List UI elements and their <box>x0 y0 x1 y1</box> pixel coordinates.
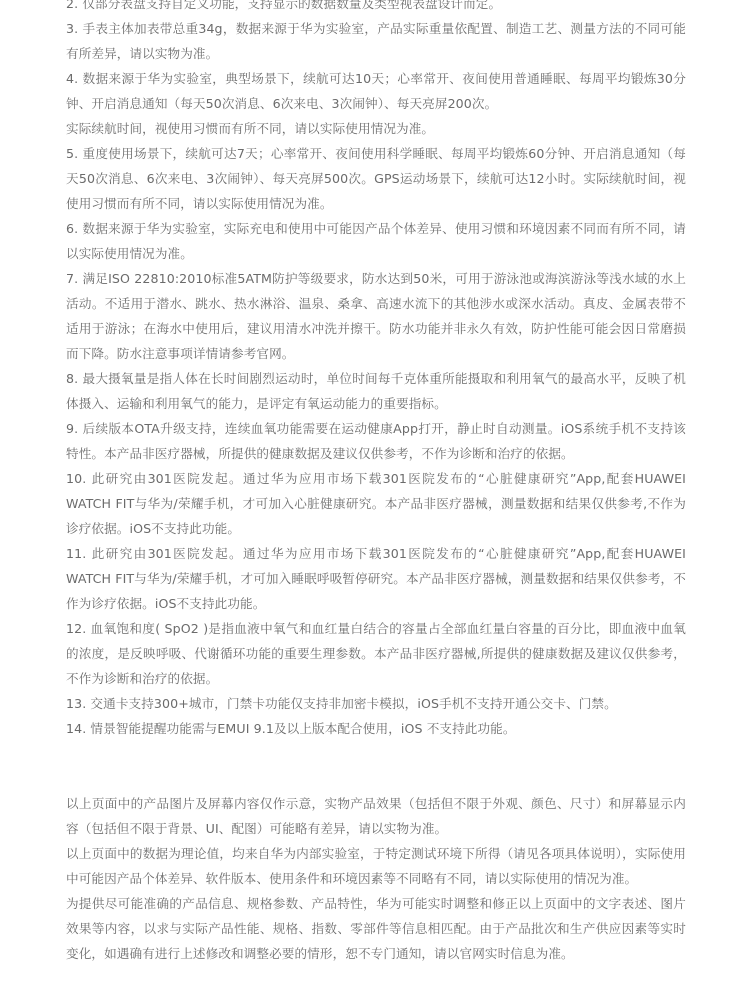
footnote-4: 4. 数据来源于华为实验室，典型场景下，续航可达10天；心率常开、夜间使用普通睡… <box>66 66 686 116</box>
footnote-13: 13. 交通卡支持300+城市，门禁卡功能仅支持非加密卡模拟，iOS手机不支持开… <box>66 691 686 716</box>
footnote-9: 9. 后续版本OTA升级支持，连续血氧功能需要在运动健康App打开，静止时自动测… <box>66 416 686 466</box>
footnote-14: 14. 情景智能提醒功能需与EMUI 9.1及以上版本配合使用，iOS 不支持此… <box>66 716 686 741</box>
disclaimer-updates: 为提供尽可能准确的产品信息、规格参数、产品特性，华为可能实时调整和修正以上页面中… <box>66 891 686 966</box>
footnotes-section: 2. 仅部分表盘支持自定义功能，支持显示的数据数量及类型视表盘设计而定。 3. … <box>66 0 686 966</box>
footnote-2: 2. 仅部分表盘支持自定义功能，支持显示的数据数量及类型视表盘设计而定。 <box>66 0 686 16</box>
footnote-5: 5. 重度使用场景下，续航可达7天；心率常开、夜间使用科学睡眠、每周平均锻炼60… <box>66 141 686 216</box>
footnote-6: 6. 数据来源于华为实验室，实际充电和使用中可能因产品个体差异、使用习惯和环境因… <box>66 216 686 266</box>
footnote-12: 12. 血氧饱和度( SpO2 )是指血液中氧气和血红量白结合的容量占全部血红量… <box>66 616 686 691</box>
section-spacer <box>66 766 686 791</box>
footnote-11: 11. 此研究由301医院发起。通过华为应用市场下载301医院发布的“心脏健康研… <box>66 541 686 616</box>
footnote-4-note: 实际续航时间，视使用习惯而有所不同，请以实际使用情况为准。 <box>66 116 686 141</box>
footnote-3: 3. 手表主体加表带总重34g，数据来源于华为实验室，产品实际重量依配置、制造工… <box>66 16 686 66</box>
disclaimer-data: 以上页面中的数据为理论值，均来自华为内部实验室，于特定测试环境下所得（请见各项具… <box>66 841 686 891</box>
section-spacer <box>66 741 686 766</box>
footnote-10: 10. 此研究由301医院发起。通过华为应用市场下载301医院发布的“心脏健康研… <box>66 466 686 541</box>
footnote-8: 8. 最大摄氧量是指人体在长时间剧烈运动时，单位时间每千克体重所能摄取和利用氧气… <box>66 366 686 416</box>
disclaimer-images: 以上页面中的产品图片及屏幕内容仅作示意，实物产品效果（包括但不限于外观、颜色、尺… <box>66 791 686 841</box>
footnote-7: 7. 满足ISO 22810:2010标准5ATM防护等级要求，防水达到50米，… <box>66 266 686 366</box>
